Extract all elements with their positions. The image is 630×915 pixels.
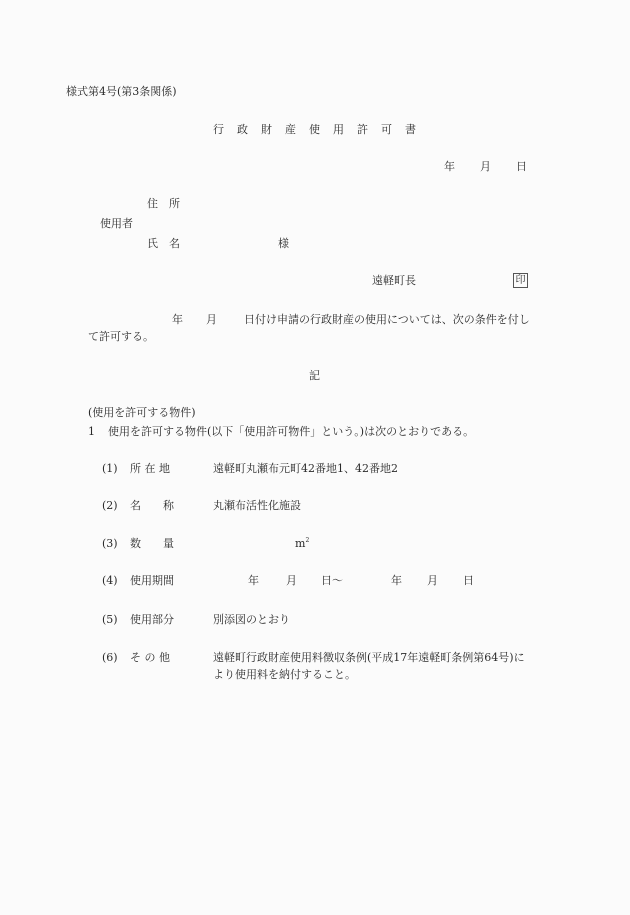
item-text: 使用を許可する物件(以下「使用許可物件」という。)は次のとおりである。 (108, 425, 474, 439)
title-char: 使 (309, 123, 333, 137)
ki-note-heading: 記 (309, 369, 320, 383)
user-label: 使用者 (100, 217, 133, 231)
issuer-title: 遠軽町長 (372, 274, 416, 288)
detail-num: (6) (102, 651, 118, 665)
detail-label-quantity: 数 量 (130, 537, 174, 551)
period-start-year: 年 (248, 574, 259, 588)
title-char: 政 (237, 123, 261, 137)
period-end-day: 日 (463, 574, 474, 588)
honorific-sama: 様 (278, 237, 289, 251)
title-char: 用 (333, 123, 357, 137)
form-number: 様式第4号(第3条関係) (66, 85, 177, 99)
permission-text-line2: て許可する。 (88, 330, 154, 344)
title-char: 産 (285, 123, 309, 137)
detail-num: (2) (102, 499, 118, 513)
address-label: 住 所 (147, 197, 180, 211)
detail-num: (3) (102, 537, 118, 551)
name-label: 氏 名 (147, 237, 180, 251)
period-end-year: 年 (391, 574, 402, 588)
unit-m: m (295, 537, 305, 550)
detail-value-location: 遠軽町丸瀬布元町42番地1、42番地2 (213, 462, 398, 476)
item-number: 1 (88, 425, 95, 439)
permission-year: 年 (172, 313, 183, 327)
title-char: 行 (213, 123, 237, 137)
unit-sup: 2 (305, 537, 309, 544)
detail-value-other-line2: より使用料を納付すること。 (213, 668, 356, 682)
date-month-label: 月 (480, 160, 491, 174)
detail-unit-sqm: m2 (295, 537, 309, 551)
permission-text-line1: 日付け申請の行政財産の使用については、次の条件を付し (244, 313, 530, 327)
official-seal: 印 (513, 273, 528, 288)
detail-num: (1) (102, 462, 118, 476)
seal-mark: 印 (513, 273, 528, 288)
detail-label-period: 使用期間 (130, 574, 174, 588)
document-title: 行政財産使用許可書 (213, 123, 429, 137)
title-char: 書 (405, 123, 429, 137)
detail-label-name: 名 称 (130, 499, 174, 513)
detail-num: (4) (102, 574, 118, 588)
title-char: 財 (261, 123, 285, 137)
date-day-label: 日 (516, 160, 527, 174)
detail-label-other: そ の 他 (130, 651, 170, 665)
detail-value-part: 別添図のとおり (213, 613, 290, 627)
title-char: 可 (381, 123, 405, 137)
detail-label-location: 所 在 地 (130, 462, 170, 476)
period-start-day: 日～ (321, 574, 343, 588)
period-end-month: 月 (427, 574, 438, 588)
detail-value-name: 丸瀬布活性化施設 (213, 499, 301, 513)
detail-label-part: 使用部分 (130, 613, 174, 627)
title-char: 許 (357, 123, 381, 137)
permission-month: 月 (206, 313, 217, 327)
detail-value-other-line1: 遠軽町行政財産使用料徴収条例(平成17年遠軽町条例第64号)に (213, 651, 525, 665)
section-heading: (使用を許可する物件) (88, 406, 196, 420)
detail-num: (5) (102, 613, 118, 627)
date-year-label: 年 (444, 160, 455, 174)
period-start-month: 月 (286, 574, 297, 588)
